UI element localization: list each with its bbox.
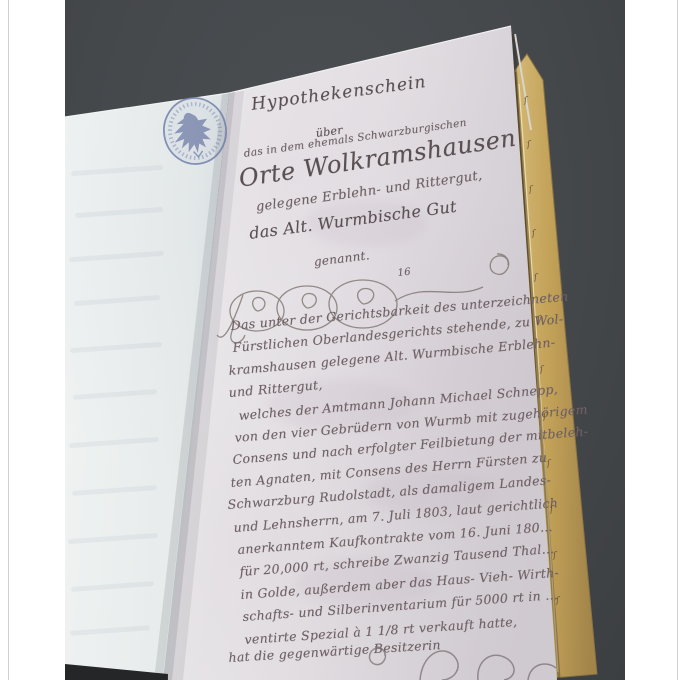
eagle-seal-stamp-icon: [154, 88, 236, 173]
frame-border-left: [8, 0, 9, 680]
frame-border-right: [677, 0, 678, 680]
book-photo: Hypothekenschein über das in dem ehemals…: [65, 0, 625, 680]
screenshot-frame: Hypothekenschein über das in dem ehemals…: [0, 0, 680, 680]
bottom-flourish-icon: [350, 636, 560, 680]
